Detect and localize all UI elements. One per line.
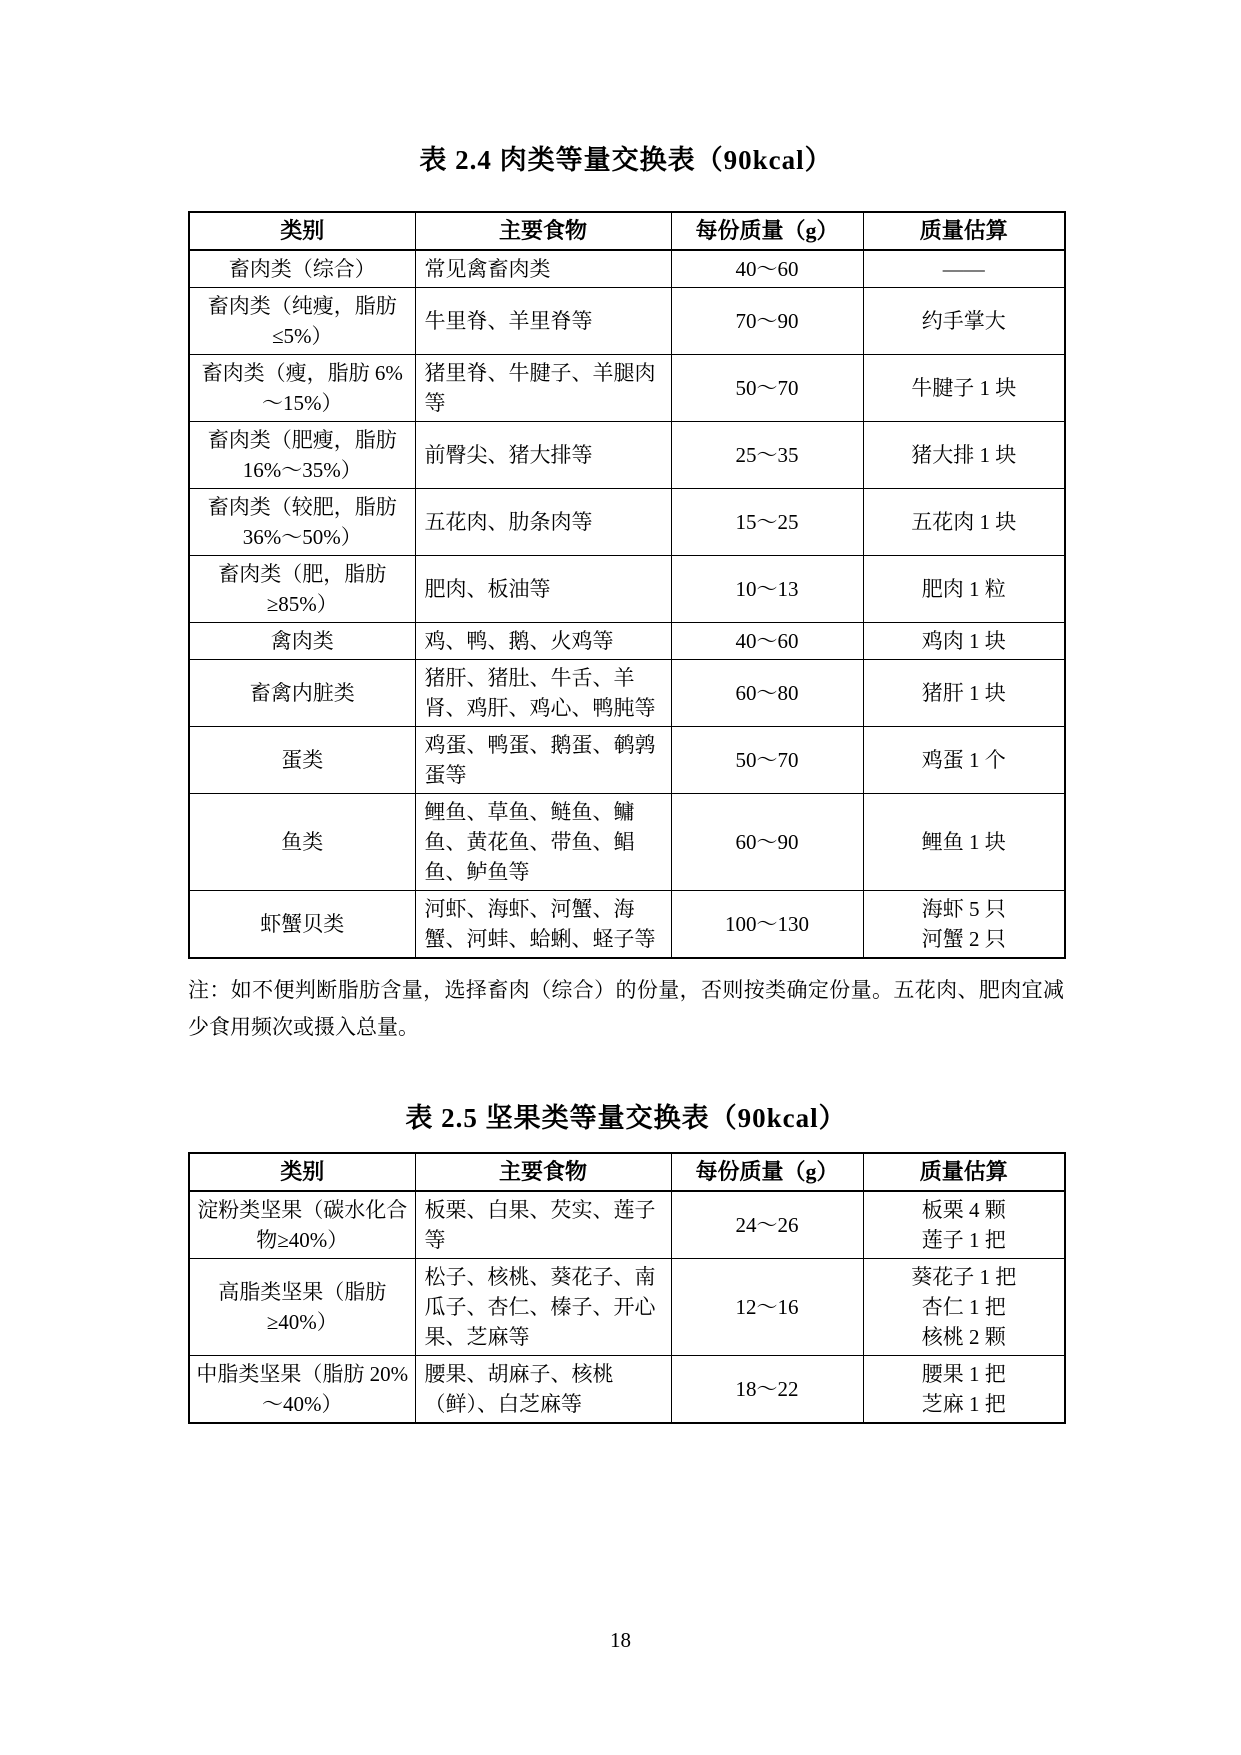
category-cell: 畜肉类（综合） [189, 250, 415, 288]
foods-cell: 松子、核桃、葵花子、南瓜子、杏仁、榛子、开心果、芝麻等 [415, 1259, 671, 1356]
category-cell: 淀粉类坚果（碳水化合物≥40%） [189, 1191, 415, 1259]
document-page: 表 2.4 肉类等量交换表（90kcal） 类别 主要食物 每份质量（g） 质量… [0, 0, 1241, 1755]
table-row: 畜肉类（较肥，脂肪 36%～50%） 五花肉、肋条肉等 15～25 五花肉 1 … [189, 489, 1065, 556]
estimate-cell: 约手掌大 [863, 288, 1065, 355]
category-cell: 畜肉类（瘦，脂肪 6%～15%） [189, 355, 415, 422]
column-header-foods: 主要食物 [415, 212, 671, 250]
table-header-row: 类别 主要食物 每份质量（g） 质量估算 [189, 1153, 1065, 1191]
foods-cell: 猪里脊、牛腱子、羊腿肉等 [415, 355, 671, 422]
mass-cell: 40～60 [671, 623, 863, 660]
estimate-cell: 五花肉 1 块 [863, 489, 1065, 556]
column-header-mass: 每份质量（g） [671, 212, 863, 250]
mass-cell: 18～22 [671, 1356, 863, 1424]
estimate-cell: 猪肝 1 块 [863, 660, 1065, 727]
estimate-cell: 鲤鱼 1 块 [863, 794, 1065, 891]
mass-cell: 15～25 [671, 489, 863, 556]
table-row: 中脂类坚果（脂肪 20%～40%） 腰果、胡麻子、核桃（鲜）、白芝麻等 18～2… [189, 1356, 1065, 1424]
column-header-category: 类别 [189, 212, 415, 250]
table-2-4-title: 表 2.4 肉类等量交换表（90kcal） [188, 142, 1064, 178]
category-cell: 畜肉类（较肥，脂肪 36%～50%） [189, 489, 415, 556]
estimate-cell: 鸡肉 1 块 [863, 623, 1065, 660]
foods-cell: 常见禽畜肉类 [415, 250, 671, 288]
table-2-4-meat-exchange: 类别 主要食物 每份质量（g） 质量估算 畜肉类（综合） 常见禽畜肉类 40～6… [188, 211, 1066, 959]
table-row: 禽肉类 鸡、鸭、鹅、火鸡等 40～60 鸡肉 1 块 [189, 623, 1065, 660]
mass-cell: 60～90 [671, 794, 863, 891]
category-cell: 虾蟹贝类 [189, 891, 415, 959]
column-header-category: 类别 [189, 1153, 415, 1191]
estimate-cell: 海虾 5 只 河蟹 2 只 [863, 891, 1065, 959]
table-header-row: 类别 主要食物 每份质量（g） 质量估算 [189, 212, 1065, 250]
estimate-cell: 猪大排 1 块 [863, 422, 1065, 489]
foods-cell: 牛里脊、羊里脊等 [415, 288, 671, 355]
mass-cell: 40～60 [671, 250, 863, 288]
category-cell: 鱼类 [189, 794, 415, 891]
category-cell: 畜肉类（纯瘦，脂肪≤5%） [189, 288, 415, 355]
category-cell: 中脂类坚果（脂肪 20%～40%） [189, 1356, 415, 1424]
estimate-cell: 板栗 4 颗 莲子 1 把 [863, 1191, 1065, 1259]
mass-cell: 100～130 [671, 891, 863, 959]
mass-cell: 25～35 [671, 422, 863, 489]
estimate-cell: 鸡蛋 1 个 [863, 727, 1065, 794]
foods-cell: 腰果、胡麻子、核桃（鲜）、白芝麻等 [415, 1356, 671, 1424]
estimate-cell: 腰果 1 把 芝麻 1 把 [863, 1356, 1065, 1424]
table-2-5-title: 表 2.5 坚果类等量交换表（90kcal） [188, 1100, 1064, 1136]
mass-cell: 12～16 [671, 1259, 863, 1356]
mass-cell: 60～80 [671, 660, 863, 727]
page-number: 18 [0, 1628, 1241, 1653]
estimate-cell: —— [863, 250, 1065, 288]
table-row: 蛋类 鸡蛋、鸭蛋、鹅蛋、鹌鹑蛋等 50～70 鸡蛋 1 个 [189, 727, 1065, 794]
mass-cell: 24～26 [671, 1191, 863, 1259]
table-row: 畜肉类（肥，脂肪≥85%） 肥肉、板油等 10～13 肥肉 1 粒 [189, 556, 1065, 623]
table-row: 畜肉类（综合） 常见禽畜肉类 40～60 —— [189, 250, 1065, 288]
category-cell: 畜肉类（肥，脂肪≥85%） [189, 556, 415, 623]
table-row: 畜肉类（瘦，脂肪 6%～15%） 猪里脊、牛腱子、羊腿肉等 50～70 牛腱子 … [189, 355, 1065, 422]
estimate-cell: 肥肉 1 粒 [863, 556, 1065, 623]
foods-cell: 肥肉、板油等 [415, 556, 671, 623]
category-cell: 畜肉类（肥瘦，脂肪 16%～35%） [189, 422, 415, 489]
mass-cell: 70～90 [671, 288, 863, 355]
category-cell: 禽肉类 [189, 623, 415, 660]
foods-cell: 鸡、鸭、鹅、火鸡等 [415, 623, 671, 660]
estimate-cell: 葵花子 1 把 杏仁 1 把 核桃 2 颗 [863, 1259, 1065, 1356]
table-row: 虾蟹贝类 河虾、海虾、河蟹、海蟹、河蚌、蛤蜊、蛏子等 100～130 海虾 5 … [189, 891, 1065, 959]
table-2-5-nut-exchange: 类别 主要食物 每份质量（g） 质量估算 淀粉类坚果（碳水化合物≥40%） 板栗… [188, 1152, 1066, 1424]
estimate-cell: 牛腱子 1 块 [863, 355, 1065, 422]
category-cell: 畜禽内脏类 [189, 660, 415, 727]
table-row: 畜肉类（纯瘦，脂肪≤5%） 牛里脊、羊里脊等 70～90 约手掌大 [189, 288, 1065, 355]
column-header-estimate: 质量估算 [863, 212, 1065, 250]
foods-cell: 河虾、海虾、河蟹、海蟹、河蚌、蛤蜊、蛏子等 [415, 891, 671, 959]
category-cell: 高脂类坚果（脂肪≥40%） [189, 1259, 415, 1356]
foods-cell: 五花肉、肋条肉等 [415, 489, 671, 556]
mass-cell: 10～13 [671, 556, 863, 623]
column-header-mass: 每份质量（g） [671, 1153, 863, 1191]
mass-cell: 50～70 [671, 727, 863, 794]
table-row: 淀粉类坚果（碳水化合物≥40%） 板栗、白果、芡实、莲子等 24～26 板栗 4… [189, 1191, 1065, 1259]
foods-cell: 猪肝、猪肚、牛舌、羊肾、鸡肝、鸡心、鸭肫等 [415, 660, 671, 727]
mass-cell: 50～70 [671, 355, 863, 422]
column-header-foods: 主要食物 [415, 1153, 671, 1191]
foods-cell: 前臀尖、猪大排等 [415, 422, 671, 489]
table-row: 畜肉类（肥瘦，脂肪 16%～35%） 前臀尖、猪大排等 25～35 猪大排 1 … [189, 422, 1065, 489]
column-header-estimate: 质量估算 [863, 1153, 1065, 1191]
category-cell: 蛋类 [189, 727, 415, 794]
table-2-4-note: 注：如不便判断脂肪含量，选择畜肉（综合）的份量，否则按类确定份量。五花肉、肥肉宜… [188, 972, 1064, 1046]
page-content: 表 2.4 肉类等量交换表（90kcal） 类别 主要食物 每份质量（g） 质量… [188, 0, 1064, 1424]
foods-cell: 板栗、白果、芡实、莲子等 [415, 1191, 671, 1259]
table-row: 畜禽内脏类 猪肝、猪肚、牛舌、羊肾、鸡肝、鸡心、鸭肫等 60～80 猪肝 1 块 [189, 660, 1065, 727]
foods-cell: 鲤鱼、草鱼、鲢鱼、鳙鱼、黄花鱼、带鱼、鲳鱼、鲈鱼等 [415, 794, 671, 891]
foods-cell: 鸡蛋、鸭蛋、鹅蛋、鹌鹑蛋等 [415, 727, 671, 794]
table-row: 高脂类坚果（脂肪≥40%） 松子、核桃、葵花子、南瓜子、杏仁、榛子、开心果、芝麻… [189, 1259, 1065, 1356]
table-row: 鱼类 鲤鱼、草鱼、鲢鱼、鳙鱼、黄花鱼、带鱼、鲳鱼、鲈鱼等 60～90 鲤鱼 1 … [189, 794, 1065, 891]
